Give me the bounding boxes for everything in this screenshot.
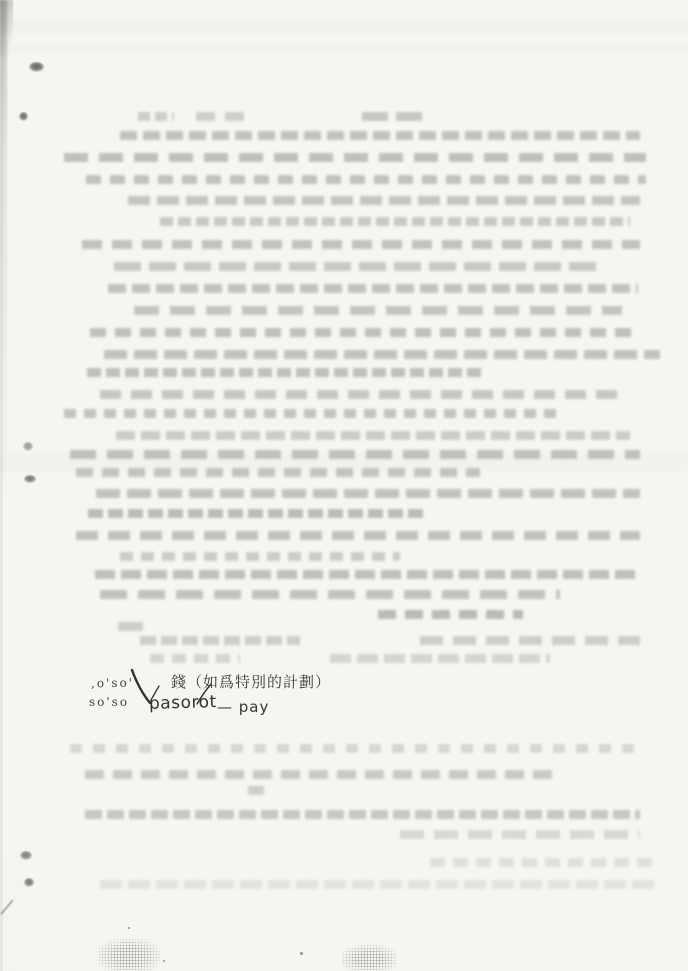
scanned-document-page: ,o'so' so'so 錢（如爲特別的計劃） pasorot — pay bbox=[0, 0, 688, 971]
ghost-text-line bbox=[64, 153, 646, 162]
speck-mark bbox=[19, 112, 28, 121]
ghost-text-line bbox=[362, 112, 428, 121]
ghost-text-line bbox=[64, 409, 564, 418]
ghost-text-line bbox=[118, 622, 144, 631]
stray-speck bbox=[300, 952, 303, 955]
smudge-mark bbox=[24, 475, 36, 483]
ghost-text-line bbox=[76, 468, 480, 477]
ghost-text-line bbox=[400, 830, 640, 839]
ghost-text-line bbox=[70, 450, 640, 459]
round-mark bbox=[24, 878, 34, 887]
ghost-text-line bbox=[90, 328, 640, 337]
ghost-text-line bbox=[248, 786, 264, 795]
scanner-band bbox=[0, 18, 688, 34]
translation-pay: — pay bbox=[217, 698, 269, 716]
left-edge-scan-strip bbox=[0, 0, 7, 520]
ghost-text-line bbox=[140, 636, 300, 645]
ghost-text-line bbox=[138, 112, 174, 121]
ghost-text-line bbox=[108, 284, 638, 293]
ghost-text-line bbox=[150, 654, 240, 663]
ghost-text-line bbox=[100, 880, 660, 889]
ghost-text-line bbox=[86, 175, 646, 184]
ghost-text-line bbox=[87, 368, 482, 377]
ghost-text-line bbox=[70, 744, 640, 753]
ghost-text-line bbox=[116, 431, 630, 440]
stray-speck bbox=[128, 927, 130, 929]
ghost-text-line bbox=[134, 306, 622, 315]
ghost-text-line bbox=[430, 858, 660, 867]
ghost-text-line bbox=[85, 770, 560, 779]
stray-speck bbox=[163, 960, 165, 962]
ghost-text-line bbox=[76, 531, 640, 540]
phonetic-annotation-line2: so'so bbox=[89, 695, 129, 709]
handwritten-word-pasorot: pasorot bbox=[149, 692, 217, 714]
phonetic-annotation-line1: ,o'so' bbox=[91, 676, 134, 691]
ghost-text-line bbox=[96, 489, 640, 498]
ghost-text-line bbox=[196, 112, 248, 121]
ghost-text-line bbox=[114, 262, 604, 271]
scanner-band bbox=[0, 44, 688, 54]
check-mark bbox=[23, 442, 33, 451]
staple-mark bbox=[29, 62, 44, 72]
ghost-text-line bbox=[104, 350, 660, 359]
ghost-text-line bbox=[95, 570, 640, 579]
ghost-text-line bbox=[88, 509, 428, 518]
ghost-text-line bbox=[82, 240, 640, 249]
ghost-text-line bbox=[100, 590, 560, 599]
cross-mark bbox=[20, 851, 32, 860]
ghost-text-line bbox=[160, 217, 630, 226]
ghost-text-line bbox=[128, 196, 640, 205]
chinese-gloss: 錢（如爲特別的計劃） bbox=[171, 671, 331, 692]
ghost-text-line bbox=[85, 810, 640, 819]
ghost-text-line bbox=[100, 390, 620, 399]
ghost-text-line bbox=[378, 610, 523, 619]
ink-stroke bbox=[132, 670, 150, 703]
ghost-text-line bbox=[420, 636, 640, 645]
speckle-smudge bbox=[98, 938, 160, 971]
ghost-text-line bbox=[120, 552, 400, 561]
handwritten-ink-strokes bbox=[0, 0, 688, 971]
speckle-smudge bbox=[342, 944, 397, 971]
ghost-text-line bbox=[330, 654, 550, 663]
ghost-text-line bbox=[120, 131, 640, 140]
